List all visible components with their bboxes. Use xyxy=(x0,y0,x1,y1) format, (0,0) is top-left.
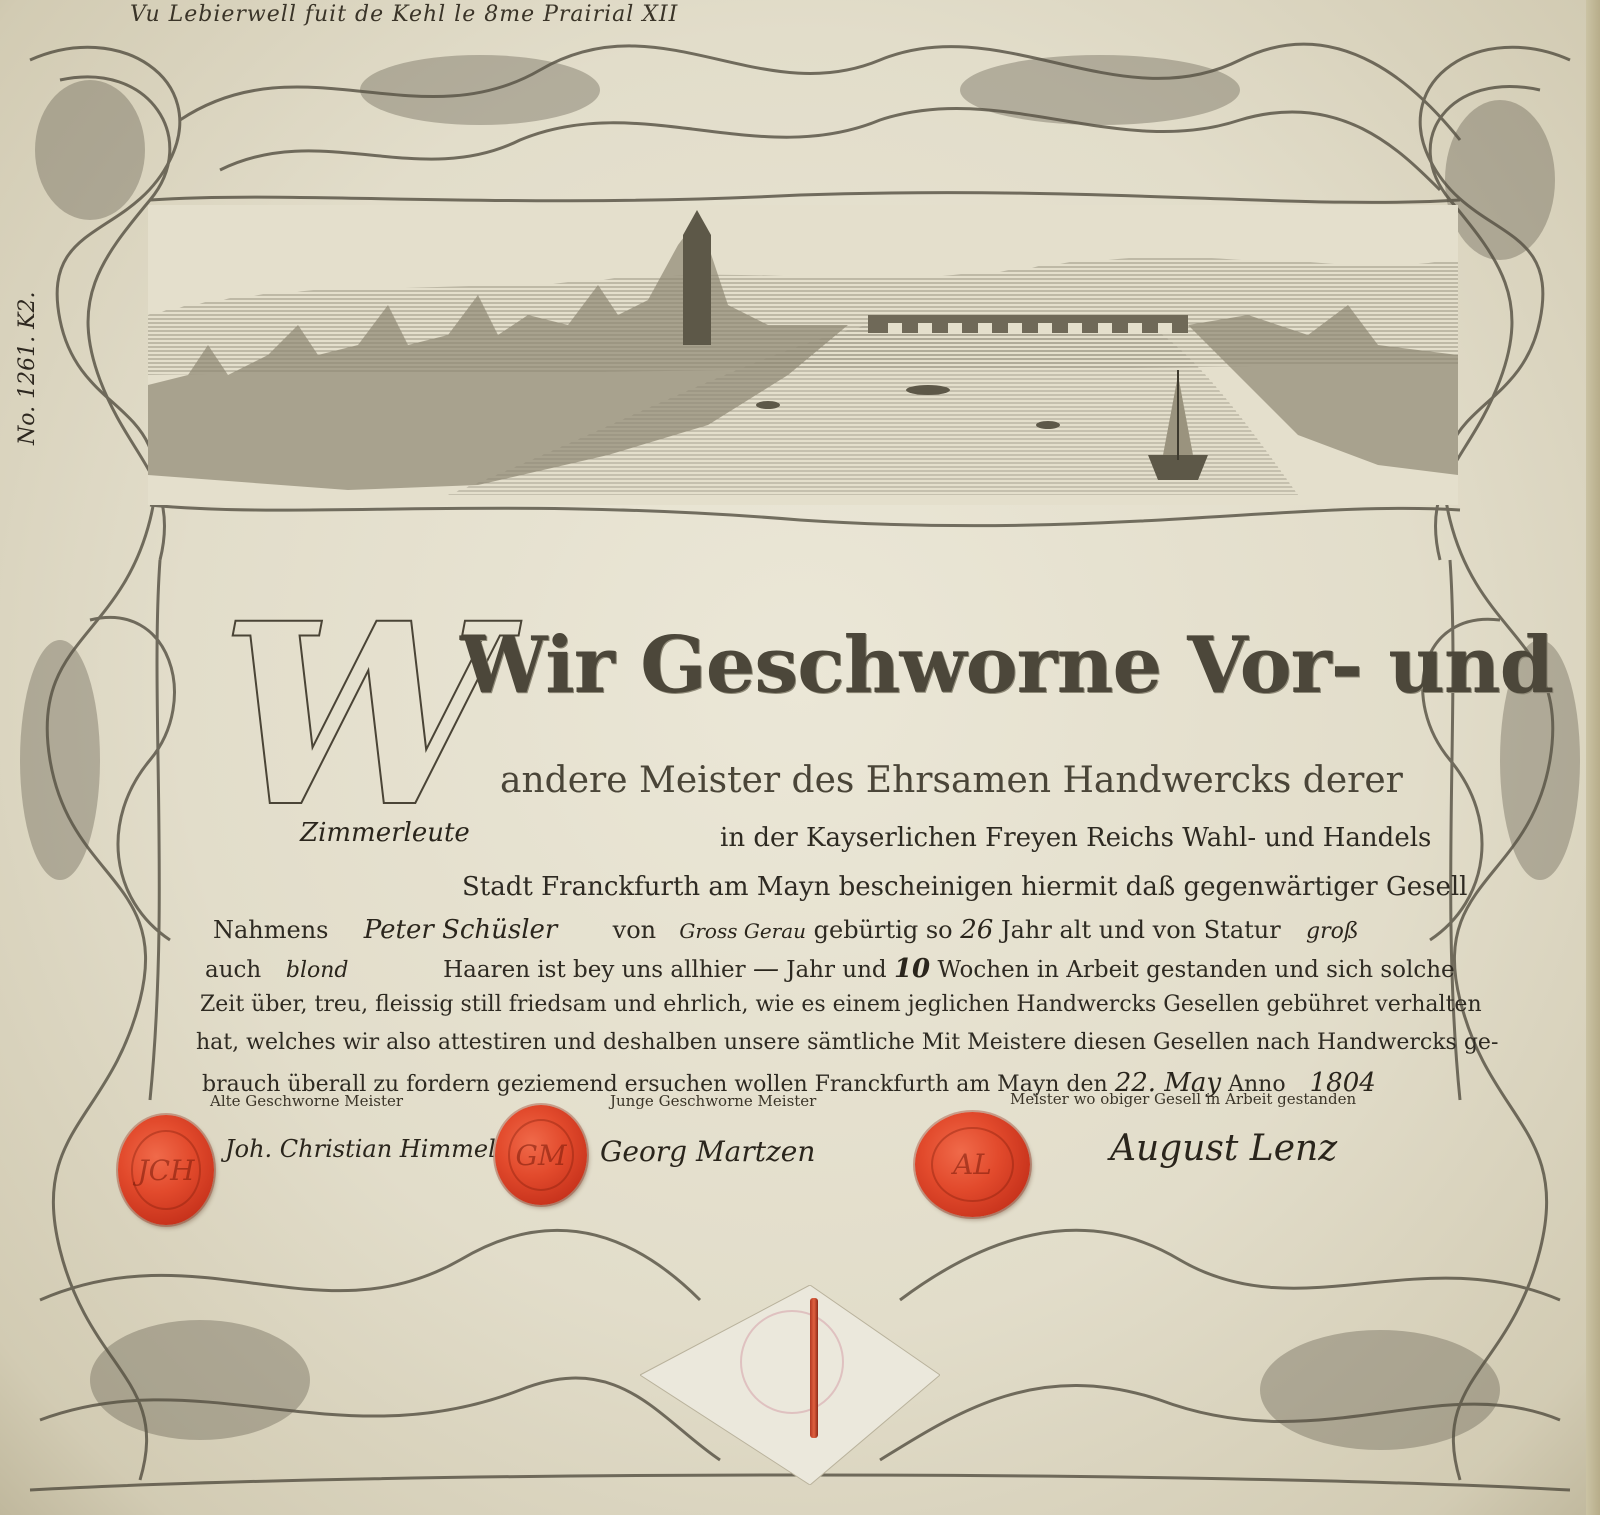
frankfurt-panorama-engraving xyxy=(148,205,1458,505)
label-jahr-alt: Jahr alt und von Statur xyxy=(1001,916,1281,944)
label-auch: auch xyxy=(205,957,261,983)
text-line-3: Stadt Franckfurth am Mayn bescheinigen h… xyxy=(462,872,1467,902)
signature-old-master: Joh. Christian Himmel xyxy=(225,1135,496,1163)
text-line-1: andere Meister des Ehrsamen Handwercks d… xyxy=(500,760,1403,801)
trade-field: Zimmerleute xyxy=(300,818,470,848)
heading-initial: W xyxy=(220,590,501,840)
label-nahmens: Nahmens xyxy=(213,916,329,944)
label-jahr-und: Jahr und xyxy=(786,957,886,983)
annotation-visa-note: Vu Lebierwell fuit de Kehl le 8me Prairi… xyxy=(130,2,990,32)
label-haaren: Haaren ist bey uns allhier xyxy=(443,957,746,983)
label-wochen: Wochen in Arbeit gestanden und sich solc… xyxy=(937,957,1454,983)
frame-edge xyxy=(1586,0,1600,1515)
text-line-5: auch blond Haaren ist bey uns allhier — … xyxy=(205,954,1455,984)
trade-handwritten: Zimmerleute xyxy=(300,818,470,848)
caption-young-masters: Junge Geschworne Meister xyxy=(610,1092,816,1110)
wax-seal-2: GM xyxy=(495,1105,587,1205)
signature-young-master: Georg Martzen xyxy=(600,1135,815,1168)
seal-monogram-3: AL xyxy=(915,1112,1030,1217)
age: 26 xyxy=(960,915,993,945)
stature: groß xyxy=(1306,919,1359,944)
certificate-heading: W Wir Geschworne Vor- und xyxy=(190,600,1440,770)
text-line-4: Nahmens Peter Schüsler von Gross Gerau g… xyxy=(213,915,1359,945)
heading-text: Wir Geschworne Vor- und xyxy=(460,620,1553,711)
annotation-register-number: No. 1261. K2. xyxy=(15,305,45,445)
birthplace: Gross Gerau xyxy=(679,919,806,943)
label-von: von xyxy=(613,916,656,944)
wax-seal-3: AL xyxy=(915,1112,1030,1217)
seal-thread xyxy=(810,1298,818,1438)
label-gebuertig: gebürtig so xyxy=(814,916,953,944)
faint-stamp xyxy=(740,1310,844,1414)
weeks-worked: 10 xyxy=(894,954,930,984)
caption-employer-master: Meister wo obiger Gesell in Arbeit gesta… xyxy=(1010,1090,1356,1108)
seal-monogram-1: JCH xyxy=(118,1115,214,1225)
signature-employer-master: August Lenz xyxy=(1110,1128,1337,1169)
text-line-7: hat, welches wir also attestiren und des… xyxy=(196,1030,1498,1055)
seal-monogram-2: GM xyxy=(495,1105,587,1205)
wax-seal-1: JCH xyxy=(118,1115,214,1225)
journeyman-name: Peter Schüsler xyxy=(364,915,558,945)
years-worked: — xyxy=(753,954,779,984)
hair-color: blond xyxy=(286,958,349,983)
caption-old-masters: Alte Geschworne Meister xyxy=(210,1092,403,1110)
text-line-2: in der Kayserlichen Freyen Reichs Wahl- … xyxy=(720,823,1431,853)
text-line-6: Zeit über, treu, fleissig still friedsam… xyxy=(200,992,1482,1017)
